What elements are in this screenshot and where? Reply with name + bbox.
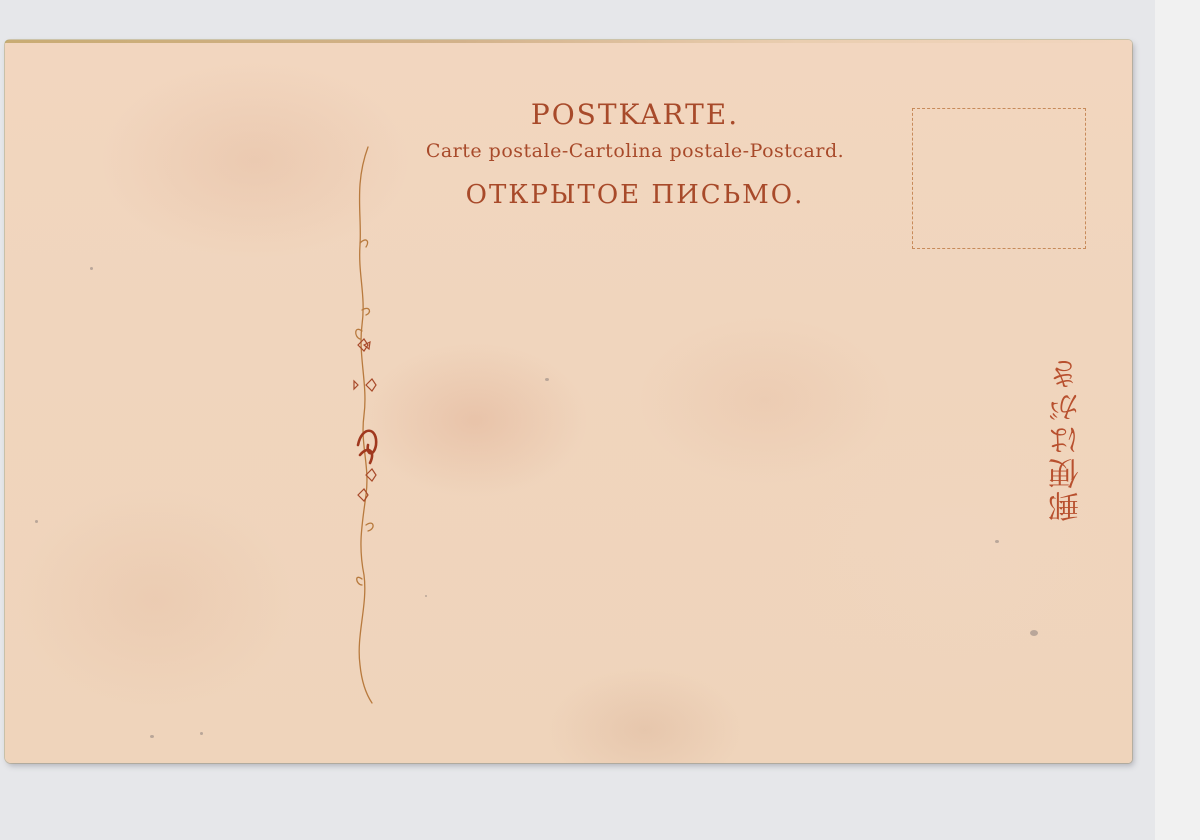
scan-speck (545, 378, 549, 381)
scan-speck (1030, 630, 1038, 636)
stamp-placeholder-box (912, 108, 1086, 249)
scan-speck (995, 540, 999, 543)
scan-speck (425, 595, 427, 597)
scan-speck (150, 735, 154, 738)
scan-speck (90, 267, 93, 270)
postcard-subtitle-multilingual: Carte postale-Cartolina postale-Postcard… (375, 140, 895, 162)
scan-speck (35, 520, 38, 523)
scan-speck (200, 732, 203, 735)
postcard-back: POSTKARTE. Carte postale-Cartolina posta… (5, 40, 1132, 763)
postcard-title: POSTKARTE. (385, 98, 885, 131)
postcard-title-russian: ОТКРЫТОЕ ПИСЬМО. (405, 180, 865, 210)
scan-background-strip (1155, 0, 1200, 840)
postcard-title-japanese: 郵便はがき (1045, 320, 1085, 560)
floral-vine-divider-icon (340, 145, 390, 705)
